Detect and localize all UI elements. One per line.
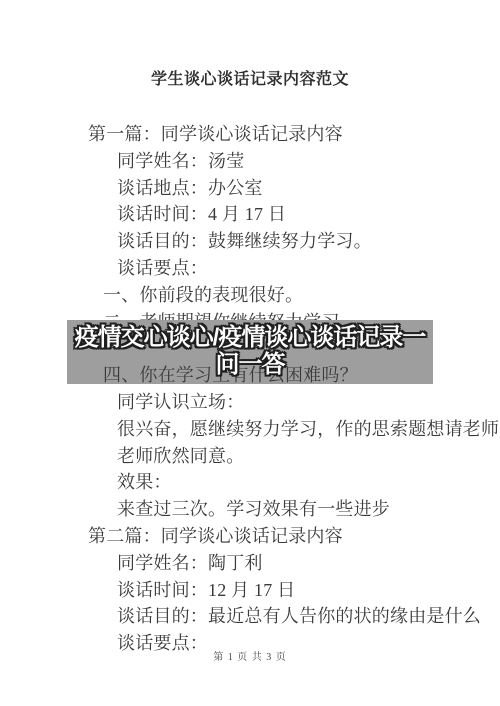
- document-line: 谈话时间：4 月 17 日: [0, 201, 500, 228]
- document-body: 第一篇：同学谈心谈话记录内容同学姓名：汤莹谈话地点：办公室谈话时间：4 月 17…: [0, 121, 500, 657]
- document-line: 第二篇：同学谈心谈话记录内容: [0, 523, 500, 550]
- document-line: 来查过三次。学习效果有一些进步: [0, 496, 500, 523]
- watermark-text: 疫情交心谈心/疫情谈心谈话记录一 问一答: [67, 324, 433, 378]
- watermark-line-1: 疫情交心谈心/疫情谈心谈话记录一: [67, 324, 433, 351]
- page-number-footer: 第 1 页 共 3 页: [0, 648, 500, 663]
- document-line: 谈话时间：12 月 17 日: [0, 577, 500, 604]
- document-line: 一、你前段的表现很好。: [0, 282, 500, 309]
- document-page: 学生谈心谈话记录内容范文 第一篇：同学谈心谈话记录内容同学姓名：汤莹谈话地点：办…: [0, 0, 500, 706]
- document-line: 老师欣然同意。: [0, 443, 500, 470]
- document-line: 谈话要点：: [0, 255, 500, 282]
- page-title: 学生谈心谈话记录内容范文: [0, 66, 500, 89]
- document-line: 同学认识立场：: [0, 389, 500, 416]
- document-line: 谈话地点：办公室: [0, 175, 500, 202]
- document-line: 同学姓名：陶丁利: [0, 550, 500, 577]
- document-line: 同学姓名：汤莹: [0, 148, 500, 175]
- watermark-line-2: 问一答: [67, 351, 433, 378]
- document-line: 效果：: [0, 469, 500, 496]
- document-line: 谈话目的：鼓舞继续努力学习。: [0, 228, 500, 255]
- document-line: 谈话目的：最近总有人告你的状的缘由是什么: [0, 603, 500, 630]
- document-line: 很兴奋，愿继续努力学习，作的思索题想请老师查阅。: [0, 416, 500, 443]
- document-line: 第一篇：同学谈心谈话记录内容: [0, 121, 500, 148]
